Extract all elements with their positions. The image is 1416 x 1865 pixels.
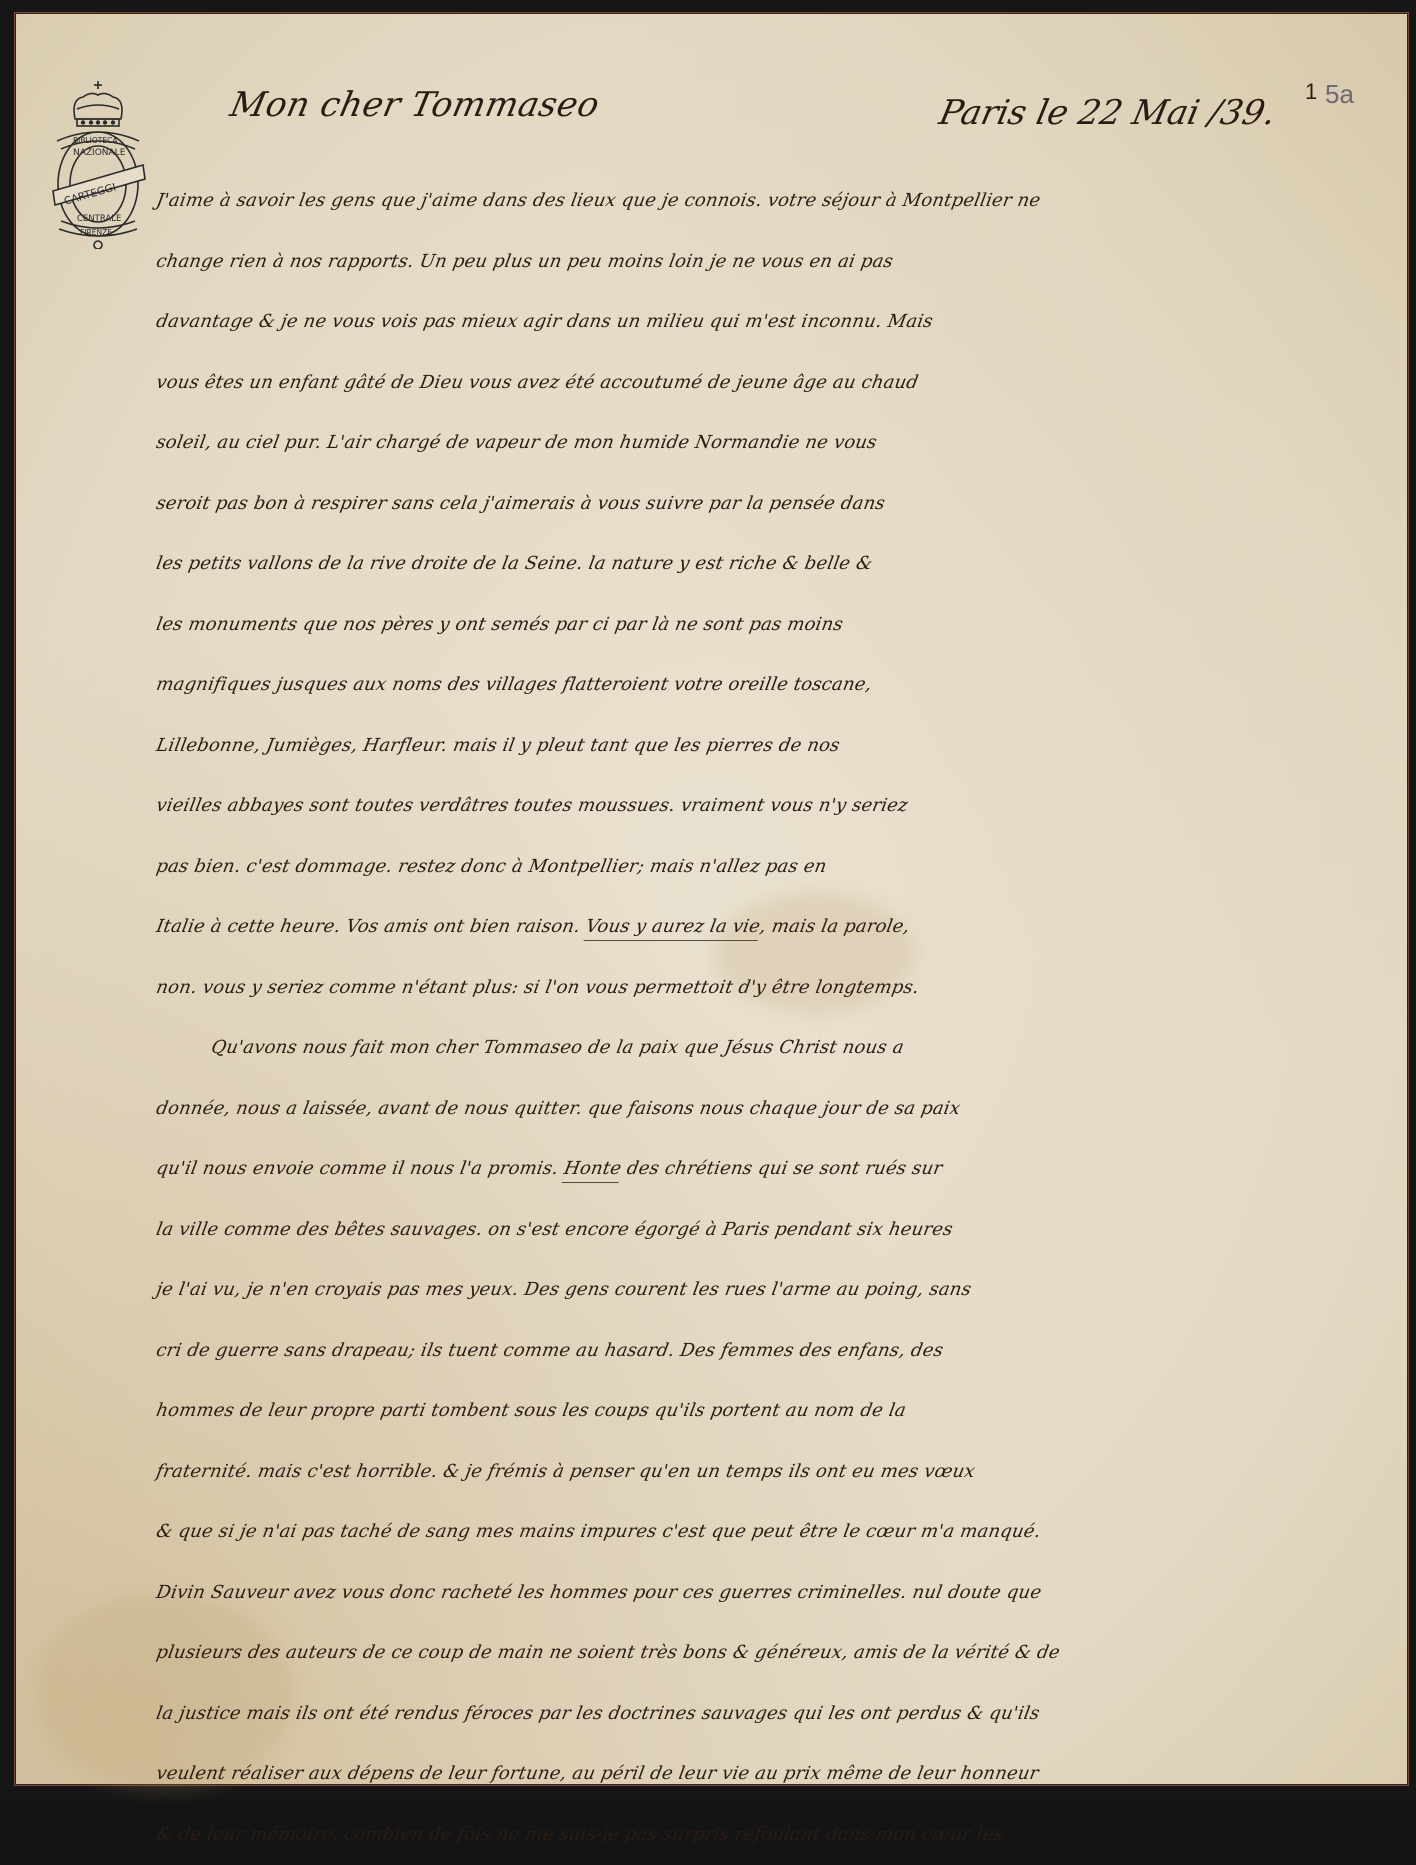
letter-line: qu'il nous envoie comme il nous l'a prom…	[151, 1139, 1342, 1200]
folio-tick: 1	[1305, 79, 1317, 105]
letter-line: cri de guerre sans drapeau; ils tuent co…	[151, 1321, 1342, 1382]
letter-line: fraternité. mais c'est horrible. & je fr…	[151, 1442, 1342, 1503]
letter-content: Mon cher Tommaseo Paris le 22 Mai /39. 1…	[15, 13, 1408, 1785]
letter-line: vous êtes un enfant gâté de Dieu vous av…	[151, 353, 1342, 414]
salutation: Mon cher Tommaseo	[227, 85, 603, 125]
dateline: Paris le 22 Mai /39.	[936, 93, 1280, 133]
letter-line: Divin Sauveur avez vous donc racheté les…	[151, 1563, 1342, 1624]
letter-line: magnifiques jusques aux noms des village…	[151, 655, 1342, 716]
letter-line: change rien à nos rapports. Un peu plus …	[151, 232, 1342, 293]
folio-number: 1 5a	[1325, 79, 1354, 110]
letter-line: davantage & je ne vous vois pas mieux ag…	[151, 292, 1342, 353]
letter-line: non. vous y seriez comme n'étant plus: s…	[151, 958, 1342, 1019]
letter-line: les monuments que nos pères y ont semés …	[151, 595, 1342, 656]
letter-line: Italie à cette heure. Vos amis ont bien …	[151, 897, 1342, 958]
letter-line-paragraph-start: Qu'avons nous fait mon cher Tommaseo de …	[151, 1018, 1342, 1079]
underlined-phrase: Vous y aurez la vie	[584, 916, 762, 937]
letter-line: hommes de leur propre parti tombent sous…	[151, 1381, 1342, 1442]
letter-sheet: BIBLIOTECA NAZIONALE CARTEGGI CENTRALE F…	[14, 12, 1409, 1786]
letter-line: plusieurs des auteurs de ce coup de main…	[151, 1623, 1342, 1684]
letter-line: Lillebonne, Jumièges, Harfleur. mais il …	[151, 716, 1342, 777]
letter-line: & que si je n'ai pas taché de sang mes m…	[151, 1502, 1342, 1563]
underlined-phrase: Honte	[562, 1158, 623, 1179]
letter-line: J'aime à savoir les gens que j'aime dans…	[151, 171, 1342, 232]
letter-line: je l'ai vu, je n'en croyais pas mes yeux…	[151, 1260, 1342, 1321]
folio-label: 5a	[1325, 79, 1354, 109]
letter-line: la ville comme des bêtes sauvages. on s'…	[151, 1200, 1342, 1261]
letter-line: vieilles abbayes sont toutes verdâtres t…	[151, 776, 1342, 837]
letter-line: donnée, nous a laissée, avant de nous qu…	[151, 1079, 1342, 1140]
letter-line: veulent réaliser aux dépens de leur fort…	[151, 1744, 1342, 1800]
letter-line: la justice mais ils ont été rendus féroc…	[151, 1684, 1342, 1745]
letter-line: soleil, au ciel pur. L'air chargé de vap…	[151, 413, 1342, 474]
letter-line: pas bien. c'est dommage. restez donc à M…	[151, 837, 1342, 898]
letter-line: les petits vallons de la rive droite de …	[151, 534, 1342, 595]
dark-scan-background: BIBLIOTECA NAZIONALE CARTEGGI CENTRALE F…	[0, 0, 1416, 1800]
letter-body: J'aime à savoir les gens que j'aime dans…	[151, 171, 1331, 1800]
letter-line: seroit pas bon à respirer sans cela j'ai…	[151, 474, 1342, 535]
